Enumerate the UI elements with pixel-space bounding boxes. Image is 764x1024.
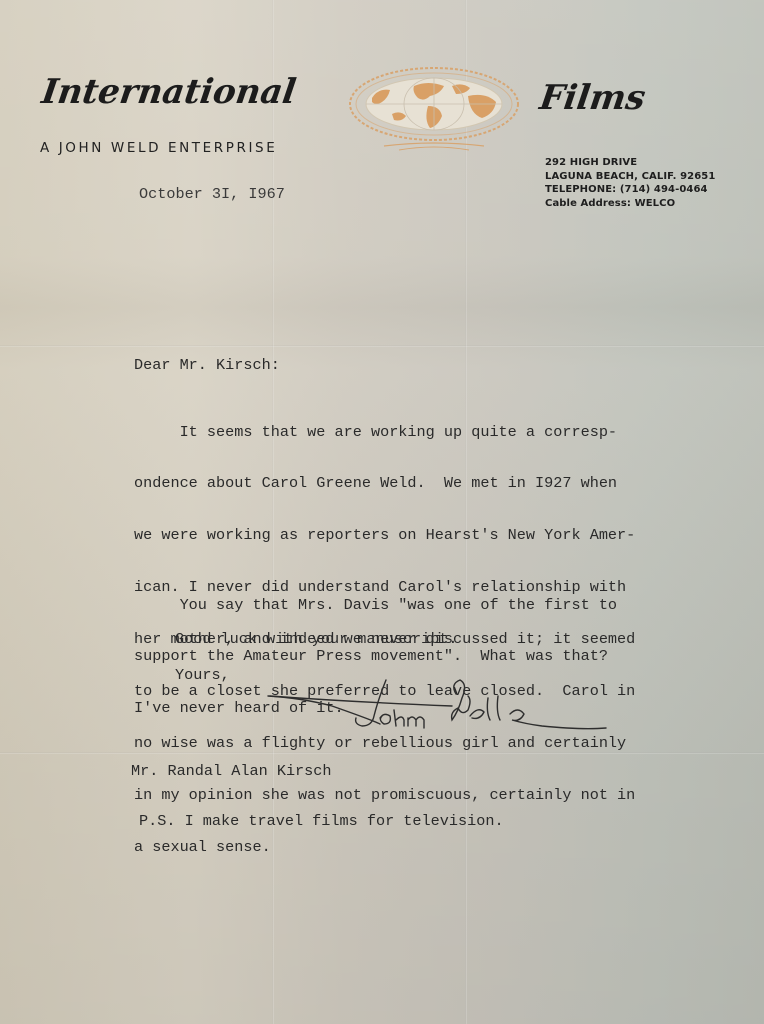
brand-name-international: International — [39, 72, 298, 112]
paragraph-line: we were working as reporters on Hearst's… — [134, 527, 635, 544]
recipient-name: Mr. Randal Alan Kirsch — [131, 763, 332, 780]
letterhead-tagline: A JOHN WELD ENTERPRISE — [40, 140, 277, 156]
address-street: 292 HIGH DRIVE — [545, 156, 715, 170]
paragraph-line: a sexual sense. — [134, 839, 635, 856]
brand-name-films: Films — [537, 78, 648, 118]
paragraph-line: in my opinion she was not promiscuous, c… — [134, 787, 635, 804]
paragraph-line: ondence about Carol Greene Weld. We met … — [134, 475, 635, 492]
paragraph-line: support the Amateur Press movement". Wha… — [134, 648, 617, 665]
globe-wheat-wreath-icon — [344, 62, 524, 152]
salutation: Dear Mr. Kirsch: — [134, 357, 280, 374]
paragraph-line: It seems that we are working up quite a … — [134, 424, 635, 441]
address-cable: Cable Address: WELCO — [545, 197, 715, 211]
postscript: P.S. I make travel films for television. — [139, 813, 504, 830]
address-city: LAGUNA BEACH, CALIF. 92651 — [545, 170, 715, 184]
fold-line — [0, 345, 764, 347]
paragraph-line: You say that Mrs. Davis "was one of the … — [134, 597, 617, 614]
closing-line: Good luck with your manuscript. — [175, 631, 458, 648]
handwritten-signature — [262, 676, 612, 746]
letter-date: October 3I, I967 — [139, 186, 285, 203]
address-telephone: TELEPHONE: (714) 494-0464 — [545, 183, 715, 197]
letterhead-address: 292 HIGH DRIVE LAGUNA BEACH, CALIF. 9265… — [545, 156, 715, 210]
valediction: Yours, — [175, 667, 230, 684]
